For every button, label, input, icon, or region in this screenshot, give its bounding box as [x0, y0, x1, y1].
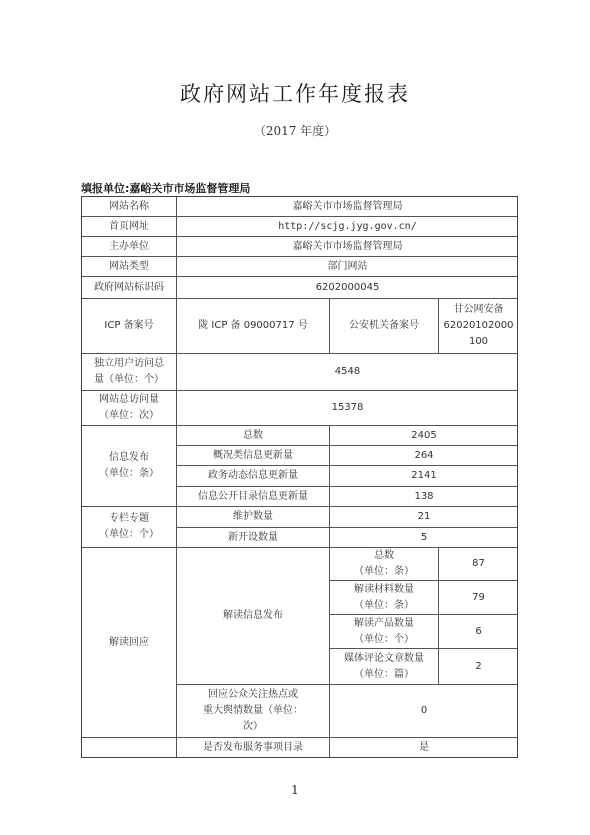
- page-number: 1: [0, 783, 590, 797]
- police-record-label: 公安机关备案号: [329, 298, 438, 353]
- columns-label: 专栏专题 （单位：个）: [81, 506, 176, 547]
- info-release-label: 信息发布 （单位：条）: [81, 425, 176, 506]
- sponsor-label: 主办单位: [81, 236, 176, 256]
- report-year: （2017 年度）: [0, 122, 590, 139]
- interpretation-release-label: 解读信息发布: [176, 547, 329, 684]
- columns-row-value: 5: [329, 527, 518, 547]
- interpretation-row-label: 总数 （单位：条）: [329, 547, 438, 580]
- info-release-row-value: 138: [329, 486, 518, 506]
- sponsor-value: 嘉峪关市市场监督管理局: [176, 236, 518, 256]
- interpretation-row-value: 6: [438, 614, 518, 648]
- site-id-label: 政府网站标识码: [81, 276, 176, 298]
- info-release-row-value: 2405: [329, 425, 518, 445]
- reporting-unit: 填报单位:嘉峪关市市场监督管理局: [81, 180, 250, 196]
- interpretation-row-label: 媒体评论文章数量 （单位：篇）: [329, 648, 438, 684]
- website-name-label: 网站名称: [81, 196, 176, 216]
- site-type-value: 部门网站: [176, 256, 518, 276]
- page-title: 政府网站工作年度报表: [0, 78, 590, 108]
- info-release-row-label: 政务动态信息更新量: [176, 465, 329, 486]
- info-release-row-label: 概况类信息更新量: [176, 445, 329, 465]
- total-visits-value: 15378: [176, 390, 518, 425]
- icp-value: 陇 ICP 备 09000717 号: [176, 298, 329, 353]
- site-id-value: 6202000045: [176, 276, 518, 298]
- site-type-label: 网站类型: [81, 256, 176, 276]
- police-record-value: 甘公网安备 62020102000 100: [438, 298, 518, 353]
- interpretation-row-label: 解读材料数量 （单位：条）: [329, 580, 438, 614]
- unique-visitors-value: 4548: [176, 353, 518, 390]
- interpretation-row-value: 2: [438, 648, 518, 684]
- info-release-row-value: 264: [329, 445, 518, 465]
- hotspot-response-label: 回应公众关注热点或 重大舆情数量（单位： 次）: [176, 684, 329, 737]
- report-table: 网站名称 嘉峪关市市场监督管理局 首页网址 http://scjg.jyg.go…: [81, 196, 518, 758]
- hotspot-response-value: 0: [329, 684, 518, 737]
- interpretation-row-value: 87: [438, 547, 518, 580]
- info-release-row-label: 信息公开目录信息更新量: [176, 486, 329, 506]
- info-release-row-value: 2141: [329, 465, 518, 486]
- service-catalog-value: 是: [329, 737, 518, 758]
- interpretation-row-value: 79: [438, 580, 518, 614]
- icp-label: ICP 备案号: [81, 298, 176, 353]
- homepage-label: 首页网址: [81, 216, 176, 236]
- service-catalog-label: 是否发布服务事项目录: [176, 737, 329, 758]
- total-visits-label: 网站总访问量 （单位：次）: [81, 390, 176, 425]
- website-name-value: 嘉峪关市市场监督管理局: [176, 196, 518, 216]
- service-catalog-empty-cell: [81, 737, 176, 758]
- homepage-url-link[interactable]: http://scjg.jyg.gov.cn/: [176, 216, 518, 236]
- columns-row-label: 新开设数量: [176, 527, 329, 547]
- columns-row-value: 21: [329, 506, 518, 527]
- columns-row-label: 维护数量: [176, 506, 329, 527]
- unique-visitors-label: 独立用户访问总 量（单位：个）: [81, 353, 176, 390]
- interpretation-row-label: 解读产品数量 （单位：个）: [329, 614, 438, 648]
- info-release-row-label: 总数: [176, 425, 329, 445]
- interpretation-label: 解读回应: [81, 547, 176, 737]
